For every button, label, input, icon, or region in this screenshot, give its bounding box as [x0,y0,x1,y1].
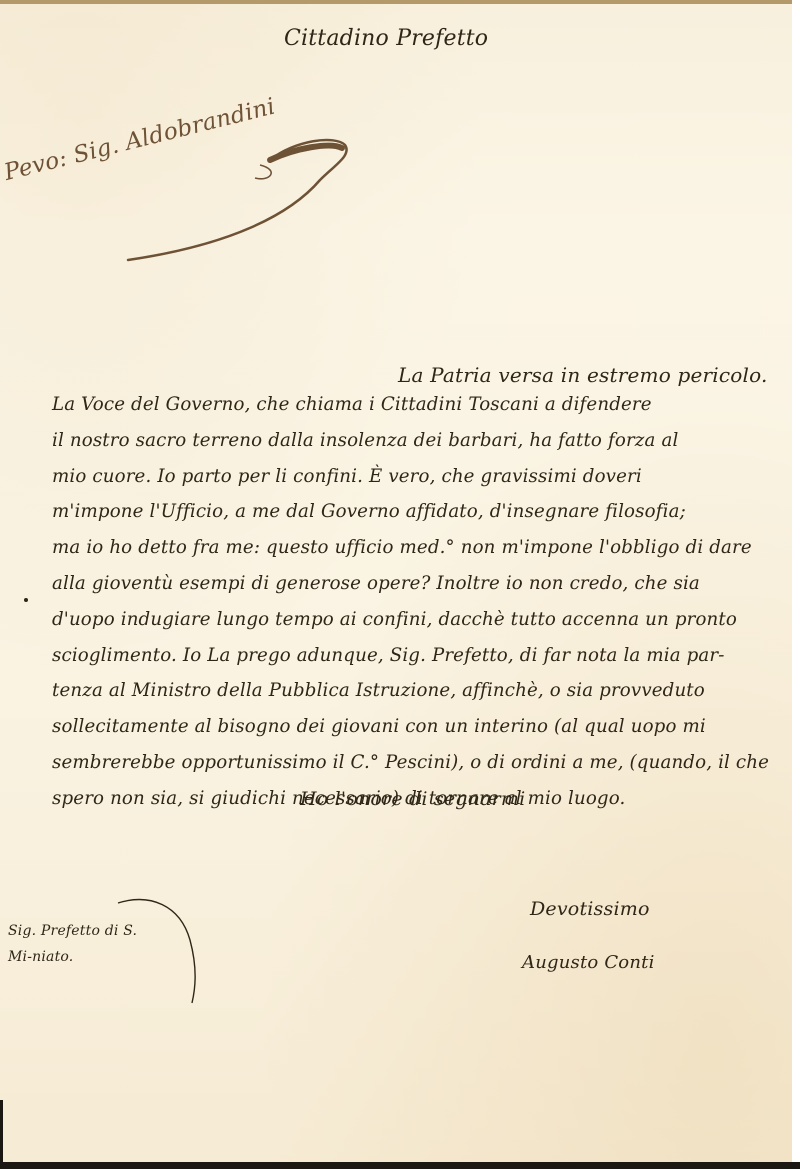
scan-right-margin [792,0,800,1169]
body-line: sembrerebbe opportunissimo il C.° Pescin… [52,752,782,788]
closing-line: Ho l'onore di segnarmi [300,788,525,810]
letter-page: Cittadino Prefetto Pevo: Sig. Aldobrandi… [0,0,792,1163]
body-line: sollecitamente al bisogno dei giovani co… [52,716,782,752]
letter-body: La Voce del Governo, che chiama i Cittad… [52,394,782,824]
scan-left-edge [0,1100,3,1169]
recipient-bracket-icon [110,895,210,1005]
body-line: alla gioventù esempi di generose opere? … [52,573,782,609]
body-line: ma io ho detto fra me: questo ufficio me… [52,537,782,573]
body-line: scioglimento. Io La prego adunque, Sig. … [52,645,782,681]
valediction: Devotissimo [530,898,650,920]
salutation-title: Cittadino Prefetto [284,26,488,51]
scan-bottom-edge [0,1162,800,1169]
scan-top-edge [0,0,800,4]
body-line: d'uopo indugiare lungo tempo ai confini,… [52,609,782,645]
margin-mark [24,598,28,602]
opening-line: La Patria versa in estremo pericolo. [398,363,768,387]
signature-name: Augusto Conti [522,952,655,973]
body-line: tenza al Ministro della Pubblica Istruzi… [52,680,782,716]
body-line: La Voce del Governo, che chiama i Cittad… [52,394,782,430]
body-line: il nostro sacro terreno dalla insolenza … [52,430,782,466]
body-line: mio cuore. Io parto per li confini. È ve… [52,466,782,502]
body-line: m'impone l'Ufficio, a me dal Governo aff… [52,501,782,537]
